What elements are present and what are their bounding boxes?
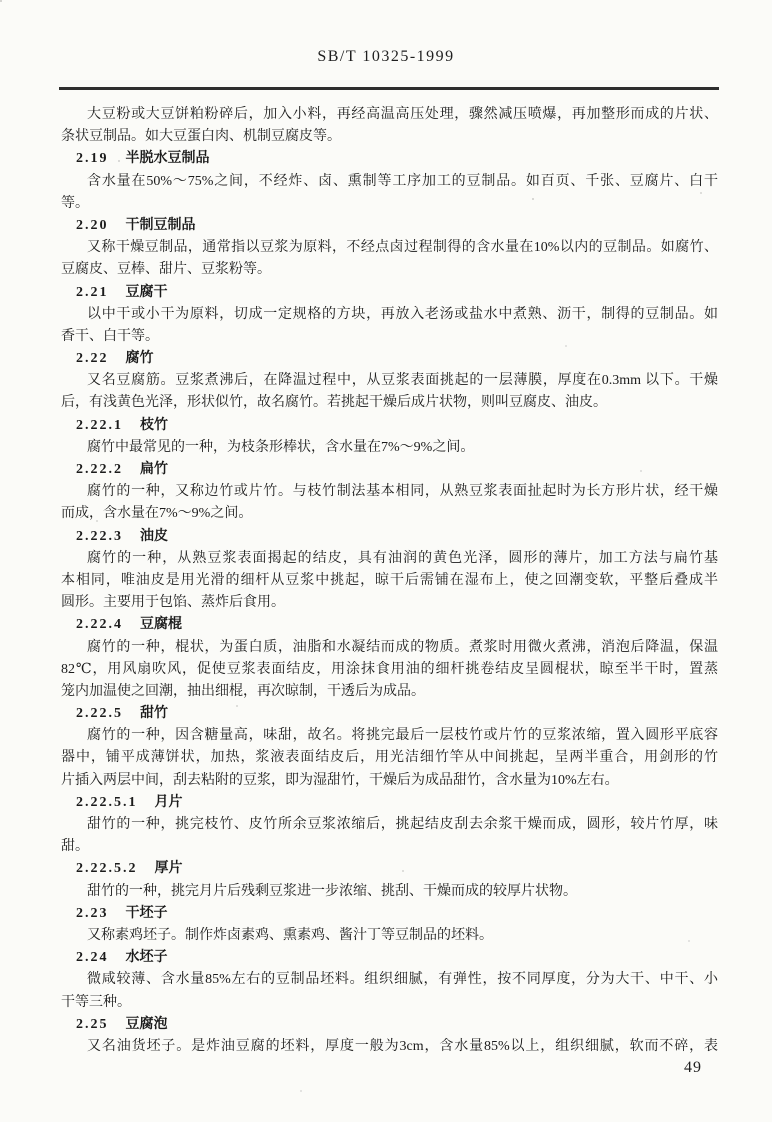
section-number: 2.22.1 (76, 418, 123, 433)
text-line: 后，有浅黄色光泽，形状似竹，故名腐竹。若挑起干燥后成片状物，则叫豆腐皮、油皮。 (61, 392, 718, 414)
text-line: 微咸较薄、含水量85%左右的豆制品坯料。组织细腻，有弹性，按不同厚度，分为大干、… (61, 969, 718, 991)
text-line: 又名油货坯子。是炸油豆腐的坯料，厚度一般为3cm，含水量85%以上，组织细腻，软… (61, 1036, 718, 1058)
section-title: 干制豆制品 (126, 218, 196, 233)
text-line: 干等三种。 (61, 992, 718, 1014)
section-title: 月片 (155, 795, 183, 810)
text-line: 而成，含水量在7%～9%之间。 (61, 503, 718, 525)
section-number: 2.22 (76, 351, 109, 366)
section-title: 半脱水豆制品 (126, 151, 210, 166)
section-title: 厚片 (155, 861, 183, 876)
text-line: 豆腐皮、豆棒、甜片、豆浆粉等。 (61, 259, 718, 281)
standard-code: SB/T 10325-1999 (0, 48, 772, 66)
text-line: 圆形。主要用于包馅、蒸炸后食用。 (61, 592, 718, 614)
section-title: 腐竹 (126, 351, 154, 366)
document-body: 大豆粉或大豆饼粕粉碎后，加入小料，再经高温高压处理，骤然减压喷爆，再加整形而成的… (61, 104, 718, 1058)
section-title: 水坯子 (126, 950, 168, 965)
section-number: 2.20 (76, 218, 109, 233)
text-line: 腐竹中最常见的一种，为枝条形棒状，含水量在7%～9%之间。 (61, 437, 718, 459)
text-line: 等。 (61, 193, 718, 215)
text-line: 笼内加温使之回潮，抽出细棍，再次晾制，干透后为成品。 (61, 681, 718, 703)
section-heading: 2.22.5.2厚片 (61, 858, 718, 880)
text-line: 香干、白干等。 (61, 326, 718, 348)
section-title: 豆腐棍 (140, 617, 182, 632)
section-heading: 2.22.4豆腐棍 (61, 614, 718, 636)
section-number: 2.22.2 (76, 462, 123, 477)
text-line: 82℃，用风扇吹风，促使豆浆表面结皮，用涂抹食用油的细杆挑卷结皮呈圆棍状，晾至半… (61, 659, 718, 681)
text-line: 又名豆腐筋。豆浆煮沸后，在降温过程中，从豆浆表面挑起的一层薄膜，厚度在0.3mm… (61, 370, 718, 392)
section-number: 2.23 (76, 906, 109, 921)
scan-noise (0, 0, 2, 2)
section-number: 2.21 (76, 285, 109, 300)
section-heading: 2.22.1枝竹 (61, 415, 718, 437)
text-line: 甜竹的一种，挑完月片后残剩豆浆进一步浓缩、挑刮、干燥而成的较厚片状物。 (61, 881, 718, 903)
text-line: 腐竹的一种，从熟豆浆表面揭起的结皮，具有油润的黄色光泽，圆形的薄片，加工方法与扁… (61, 548, 718, 570)
section-heading: 2.19半脱水豆制品 (61, 148, 718, 170)
header-rule (59, 87, 719, 90)
section-heading: 2.20干制豆制品 (61, 215, 718, 237)
section-heading: 2.24水坯子 (61, 947, 718, 969)
text-line: 片插入两层中间，刮去粘附的豆浆，即为湿甜竹，干燥后为成品甜竹，含水量为10%左右… (61, 770, 718, 792)
section-heading: 2.25豆腐泡 (61, 1014, 718, 1036)
section-title: 油皮 (140, 529, 168, 544)
text-line: 又称干燥豆制品，通常指以豆浆为原料，不经点卤过程制得的含水量在10%以内的豆制品… (61, 237, 718, 259)
section-number: 2.22.3 (76, 529, 123, 544)
section-number: 2.22.5.2 (76, 861, 138, 876)
scanned-document-page: SB/T 10325-1999 大豆粉或大豆饼粕粉碎后，加入小料，再经高温高压处… (0, 0, 772, 1122)
text-line: 又称素鸡坯子。制作炸卤素鸡、熏素鸡、酱汁丁等豆制品的坯料。 (61, 925, 718, 947)
section-title: 枝竹 (140, 418, 168, 433)
text-line: 大豆粉或大豆饼粕粉碎后，加入小料，再经高温高压处理，骤然减压喷爆，再加整形而成的… (61, 104, 718, 126)
section-title: 豆腐泡 (126, 1017, 168, 1032)
section-title: 甜竹 (140, 706, 168, 721)
text-line: 以中干或小干为原料，切成一定规格的方块，再放入老汤或盐水中煮熟、沥干，制得的豆制… (61, 304, 718, 326)
section-heading: 2.22.2扁竹 (61, 459, 718, 481)
section-heading: 2.22.5.1月片 (61, 792, 718, 814)
section-number: 2.24 (76, 950, 109, 965)
section-heading: 2.21豆腐干 (61, 282, 718, 304)
text-line: 含水量在50%～75%之间，不经炸、卤、熏制等工序加工的豆制品。如百页、千张、豆… (61, 171, 718, 193)
text-line: 腐竹的一种，因含糖量高，味甜，故名。将挑完最后一层枝竹或片竹的豆浆浓缩，置入圆形… (61, 725, 718, 747)
section-heading: 2.22.3油皮 (61, 526, 718, 548)
section-number: 2.25 (76, 1017, 109, 1032)
section-heading: 2.22腐竹 (61, 348, 718, 370)
section-number: 2.22.5.1 (76, 795, 138, 810)
text-line: 甜竹的一种，挑完枝竹、皮竹所余豆浆浓缩后，挑起结皮刮去余浆干燥而成，圆形，较片竹… (61, 814, 718, 836)
text-line: 条状豆制品。如大豆蛋白肉、机制豆腐皮等。 (61, 126, 718, 148)
text-line: 腐竹的一种，棍状，为蛋白质，油脂和水凝结而成的物质。煮浆时用微火煮沸，消泡后降温… (61, 637, 718, 659)
page-number: 49 (684, 1059, 702, 1077)
section-heading: 2.22.5甜竹 (61, 703, 718, 725)
text-line: 器中，铺平成薄饼状，加热，浆液表面结皮后，用光洁细竹竿从中间挑起，呈两半重合，用… (61, 747, 718, 769)
section-title: 扁竹 (140, 462, 168, 477)
text-line: 本相同，唯油皮是用光滑的细杆从豆浆中挑起，晾干后需铺在湿布上，使之回潮变软，平整… (61, 570, 718, 592)
section-number: 2.22.4 (76, 617, 123, 632)
section-number: 2.22.5 (76, 706, 123, 721)
section-number: 2.19 (76, 151, 109, 166)
section-title: 干坯子 (126, 906, 168, 921)
text-line: 甜。 (61, 836, 718, 858)
section-title: 豆腐干 (126, 285, 168, 300)
text-line: 腐竹的一种，又称边竹或片竹。与枝竹制法基本相同，从熟豆浆表面扯起时为长方形片状，… (61, 481, 718, 503)
section-heading: 2.23干坯子 (61, 903, 718, 925)
